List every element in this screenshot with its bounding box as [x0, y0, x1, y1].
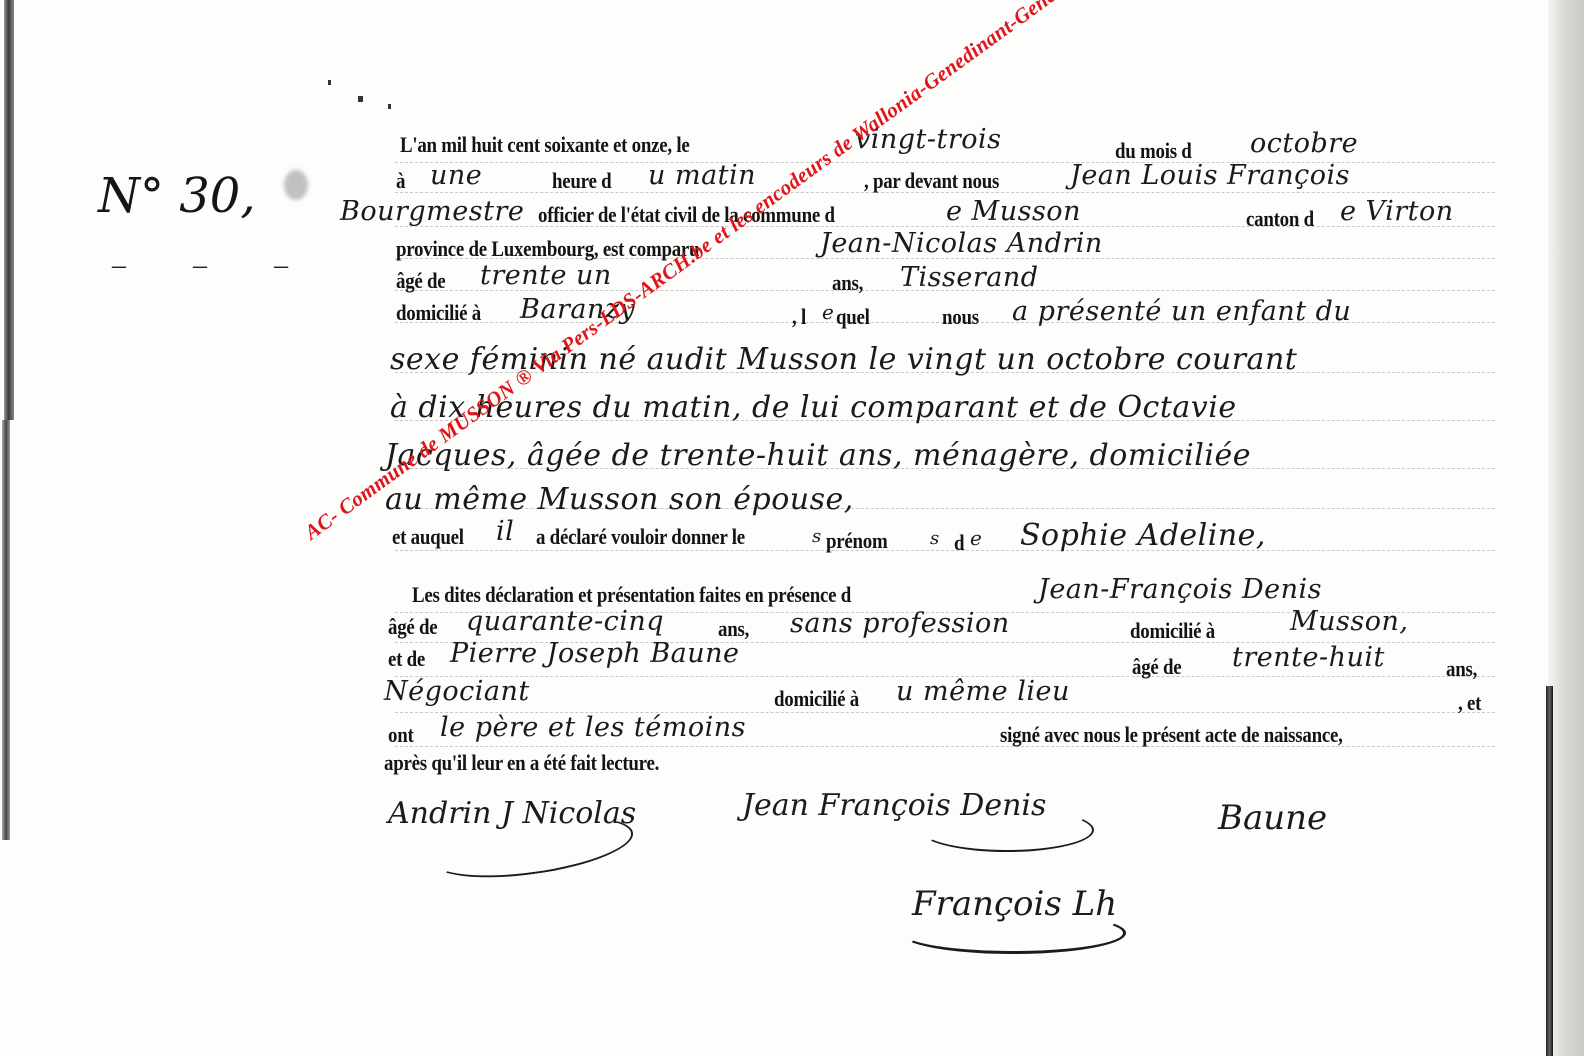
scanned-birth-record-page: N° 30, – – – L'an mil huit cent soixante… [0, 0, 1584, 1056]
printed-heure: heure d [552, 168, 611, 194]
signature-flourish [900, 912, 1126, 954]
printed-et-auquel: et auquel [392, 524, 464, 550]
printed-nous: nous [942, 304, 979, 330]
printed-et-de: et de [388, 646, 425, 672]
binding-edge-right [1546, 686, 1553, 1056]
printed-intro: L'an mil huit cent soixante et onze, le [400, 132, 689, 158]
printed-a: à [396, 168, 405, 194]
handwritten-body-line-4: au même Musson son épouse, [385, 482, 854, 517]
signature-flourish [920, 808, 1094, 852]
printed-province: province de Luxembourg, est comparu [396, 236, 699, 262]
printed-lequel: quel [836, 304, 870, 330]
handwritten-witness1-name: Jean-François Denis [1038, 574, 1322, 605]
handwritten-witness2-profession: Négociant [384, 676, 530, 707]
handwritten-lequel-fill: e [822, 300, 834, 324]
handwritten-declarant-age: trente un [480, 260, 612, 291]
printed-et: , et [1458, 690, 1481, 716]
page-edge-right [1548, 0, 1584, 1056]
ink-smudge [284, 170, 308, 200]
handwritten-time-of-day: u matin [648, 160, 756, 191]
printed-apres-lecture: après qu'il leur en a été fait lecture. [384, 750, 659, 776]
margin-dashes: – – – [112, 250, 318, 282]
printed-domicilie-witness1: domicilié à [1130, 618, 1215, 644]
printed-declare-vouloir: a déclaré vouloir donner le [536, 524, 745, 550]
handwritten-commune: e Musson [946, 196, 1081, 227]
printed-dites-declaration: Les dites déclaration et présentation fa… [412, 582, 851, 608]
binding-edge-left [4, 0, 14, 420]
printed-canton: canton d [1246, 206, 1314, 232]
printed-ont: ont [388, 722, 414, 748]
printed-ans: ans, [832, 270, 863, 296]
printed-age-de: âgé de [396, 268, 445, 294]
handwritten-body-line-3: Jacques, âgée de trente-huit ans, ménagè… [385, 438, 1251, 473]
handwritten-canton: e Virton [1340, 196, 1454, 227]
handwritten-month: octobre [1250, 128, 1358, 159]
entry-number: N° 30, [98, 168, 256, 224]
ink-speck [328, 80, 331, 85]
printed-lequel-prefix: , l [792, 304, 806, 330]
handwritten-witness1-profession: sans profession [790, 608, 1010, 639]
signature-witness2: Baune [1218, 798, 1327, 838]
ink-speck [388, 104, 391, 109]
handwritten-given-names: Sophie Adeline, [1020, 518, 1266, 553]
handwritten-witness2-domicile: u même lieu [896, 676, 1070, 707]
handwritten-officer-name: Jean Louis François [1070, 160, 1350, 191]
handwritten-officer-title: Bourgmestre [340, 196, 524, 227]
handwritten-prenom-fill: s [930, 528, 940, 549]
handwritten-declarant: Jean-Nicolas Andrin [820, 228, 1103, 259]
handwritten-le-fill: s [812, 526, 822, 547]
printed-prenom: prénom [826, 528, 888, 554]
handwritten-presented: a présenté un enfant du [1012, 296, 1351, 327]
handwritten-witness1-domicile: Musson, [1290, 606, 1408, 637]
handwritten-witness1-age: quarante-cinq [466, 606, 664, 637]
printed-officier: officier de l'état civil de la commune d [538, 202, 835, 228]
handwritten-auquel-fill: il [496, 516, 514, 547]
printed-domicilie: domicilié à [396, 300, 481, 326]
handwritten-de-fill: e [970, 526, 982, 550]
printed-age-de-witness2: âgé de [1132, 654, 1181, 680]
binding-edge-left-lower [2, 420, 10, 840]
printed-signe-avec-nous: signé avec nous le présent acte de naiss… [1000, 722, 1343, 748]
ink-speck [358, 96, 363, 102]
handwritten-signers: le père et les témoins [440, 712, 746, 743]
printed-domicilie-witness2: domicilié à [774, 686, 859, 712]
handwritten-hour: une [430, 160, 482, 191]
handwritten-declarant-profession: Tisserand [900, 262, 1039, 293]
printed-de: d [954, 530, 964, 556]
printed-ans-witness2: ans, [1446, 656, 1477, 682]
handwritten-witness2-age: trente-huit [1232, 642, 1385, 673]
handwritten-witness2-name: Pierre Joseph Baune [450, 638, 740, 669]
printed-age-de-witness1: âgé de [388, 614, 437, 640]
printed-par-devant: , par devant nous [864, 168, 999, 194]
